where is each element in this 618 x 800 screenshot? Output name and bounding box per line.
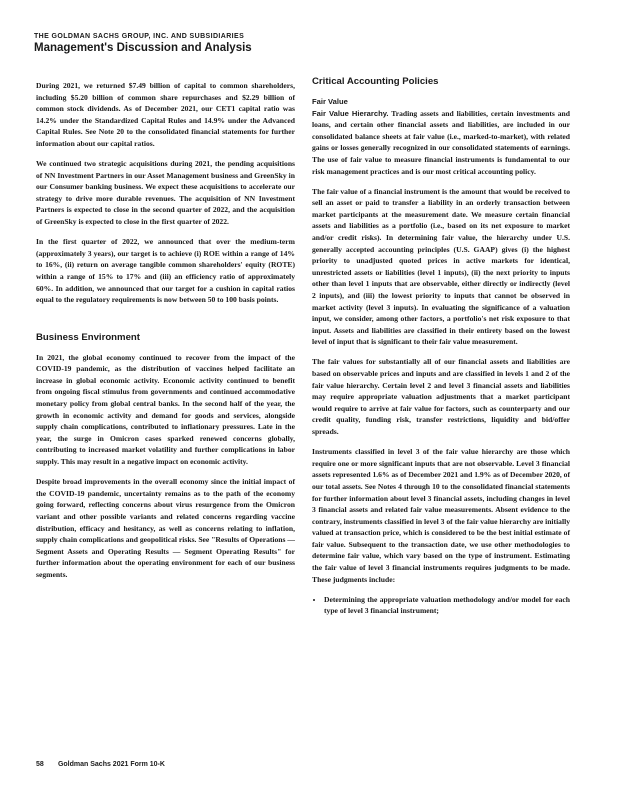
left-column: During 2021, we returned $7.49 billion o…: [36, 80, 295, 589]
page-title: Management's Discussion and Analysis: [34, 41, 252, 55]
paragraph: Fair Value Hierarchy. Trading assets and…: [312, 108, 570, 178]
page-number: 58: [36, 761, 56, 768]
paragraph: In 2021, the global economy continued to…: [36, 352, 295, 468]
page-footer: 58 Goldman Sachs 2021 Form 10-K: [36, 761, 165, 768]
paragraph: In the first quarter of 2022, we announc…: [36, 236, 295, 306]
subheading-fair-value: Fair Value: [312, 96, 570, 108]
list-item: Determining the appropriate valuation me…: [324, 594, 570, 617]
paragraph: The fair value of a financial instrument…: [312, 186, 570, 348]
section-heading-business-environment: Business Environment: [36, 332, 295, 344]
right-column: Critical Accounting Policies Fair Value …: [312, 76, 570, 617]
judgments-list: Determining the appropriate valuation me…: [312, 594, 570, 617]
paragraph: We continued two strategic acquisitions …: [36, 158, 295, 228]
paragraph: During 2021, we returned $7.49 billion o…: [36, 80, 295, 150]
page-header: The Goldman Sachs Group, Inc. and Subsid…: [34, 32, 252, 55]
publication-name: Goldman Sachs 2021 Form 10-K: [58, 761, 165, 768]
section-heading-critical-accounting-policies: Critical Accounting Policies: [312, 76, 570, 88]
paragraph-text: Trading assets and liabilities, certain …: [312, 109, 570, 176]
paragraph: Instruments classified in level 3 of the…: [312, 446, 570, 585]
paragraph: The fair values for substantially all of…: [312, 356, 570, 437]
lead-in: Fair Value Hierarchy.: [312, 109, 388, 118]
company-name: The Goldman Sachs Group, Inc. and Subsid…: [34, 32, 252, 41]
paragraph: Despite broad improvements in the overal…: [36, 476, 295, 580]
